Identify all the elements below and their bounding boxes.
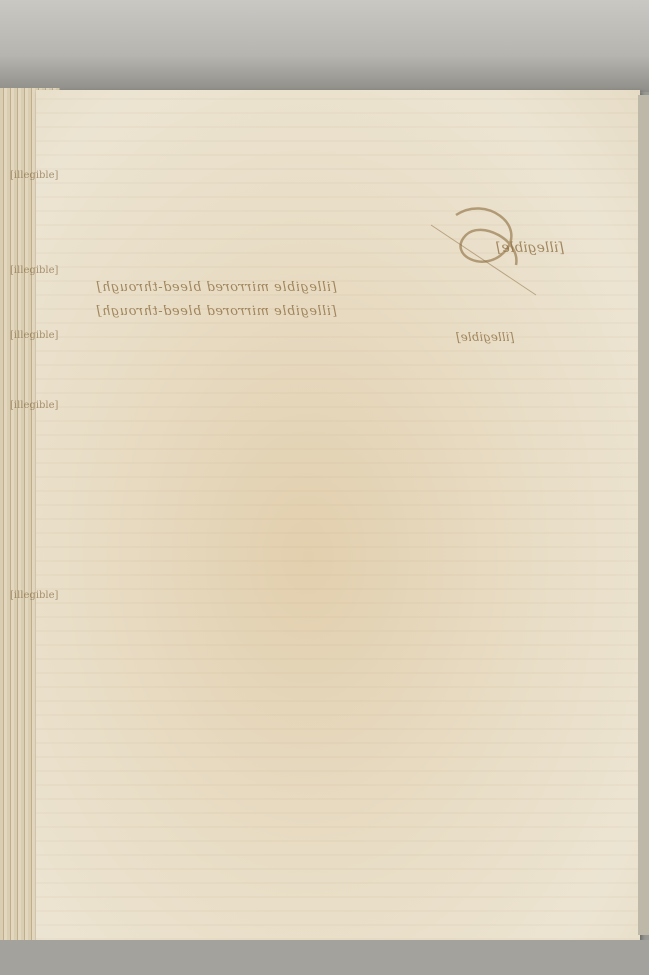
manuscript-page: [illegible] [illegible mirrored bleed-th… xyxy=(36,90,640,940)
page-right-edge xyxy=(638,95,649,935)
text-line: [illegible mirrored bleed-through] xyxy=(96,304,336,319)
text-line: [illegible] xyxy=(456,330,514,344)
margin-note: [illegible] xyxy=(10,400,58,411)
margin-note: [illegible] xyxy=(10,330,58,341)
scan-background-top xyxy=(0,0,649,92)
margin-note: [illegible] xyxy=(10,265,58,276)
margin-note: [illegible] xyxy=(10,590,58,601)
margin-note: [illegible] xyxy=(10,170,58,181)
heading-text: [illegible] xyxy=(496,240,564,256)
text-line: [illegible mirrored bleed-through] xyxy=(96,280,336,295)
scan-background-bottom xyxy=(0,940,649,975)
signature-flourish-icon xyxy=(426,195,546,305)
